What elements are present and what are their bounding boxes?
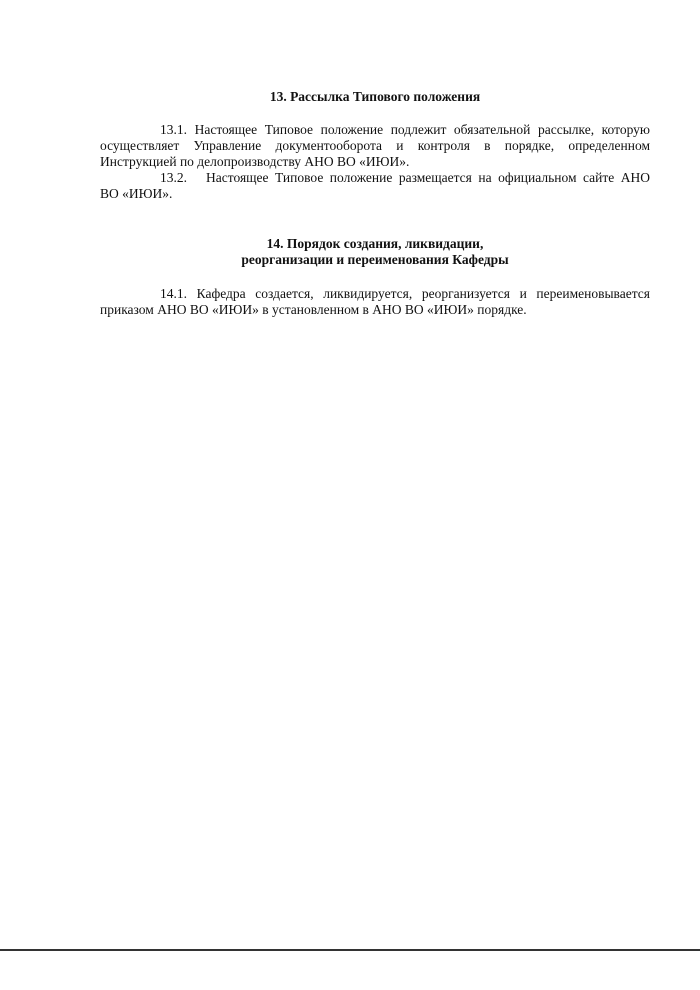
section-14-heading: 14. Порядок создания, ликвидации,реорган… (100, 236, 650, 268)
heading-line-2: реорганизации и переименования Кафедры (241, 252, 508, 267)
section-13-heading: 13. Рассылка Типового положения (100, 89, 650, 105)
paragraph-number: 13.1. (130, 122, 187, 138)
paragraph-number: 13.2. (130, 170, 206, 186)
paragraph-13-2: 13.2.Настоящее Типовое положение размеща… (100, 170, 650, 202)
heading-line-1: 14. Порядок создания, ликвидации, (267, 236, 484, 251)
page-break-rule (0, 949, 700, 951)
paragraph-14-1: 14.1. Кафедра создается, ликвидируется, … (100, 286, 650, 318)
paragraph-13-1: 13.1. Настоящее Типовое положение подлеж… (100, 122, 650, 170)
paragraph-number: 14.1. (130, 286, 187, 302)
